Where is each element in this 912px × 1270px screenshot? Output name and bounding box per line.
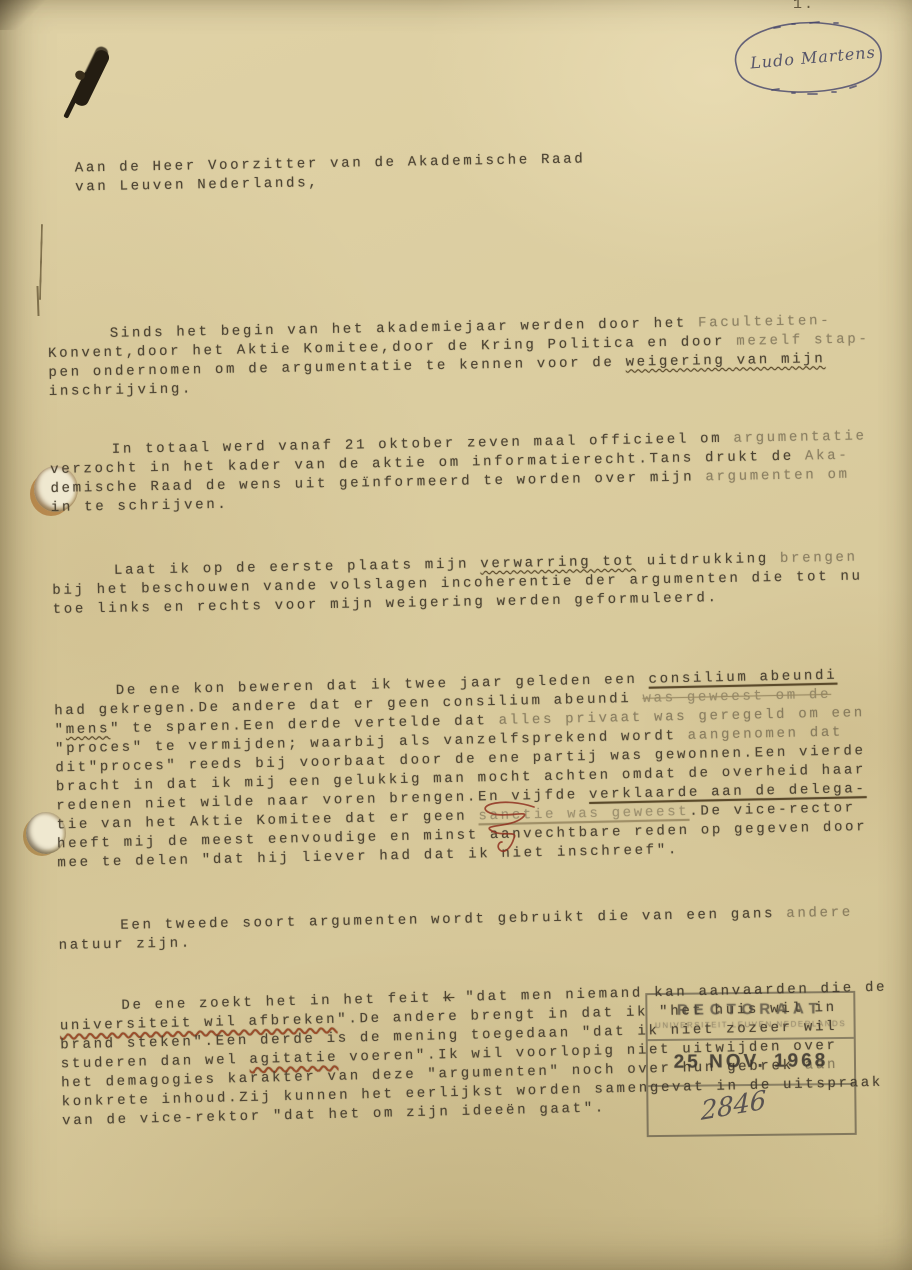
typed-text-segment: studeren dan wel: [61, 1052, 250, 1073]
stamp-handwritten-number: 2846: [701, 1085, 766, 1126]
typed-text-segment: brengen: [780, 550, 858, 567]
typed-text-segment: agitatie: [249, 1050, 338, 1068]
stamp-header: RECTORAAT UNIVERSITEIT LEUVEN NEDERLANDS: [647, 993, 853, 1041]
stamp-number-row: 2846: [648, 1085, 854, 1133]
typed-text-segment: aangenomen dat: [688, 725, 844, 744]
typed-text-segment: inschrijving.: [49, 381, 194, 400]
stamp-date: 25 NOV. 1968: [648, 1039, 854, 1087]
ink-blot-icon: [72, 48, 112, 109]
typed-text-segment: in te schrijven.: [51, 497, 229, 516]
paragraph: Een tweede soort argumenten wordt gebrui…: [58, 903, 891, 956]
typed-text-segment: consilium abeundi: [648, 668, 837, 688]
typed-text-segment: argumentatie: [733, 428, 866, 446]
stamp-subtitle: UNIVERSITEIT LEUVEN NEDERLANDS: [648, 1019, 854, 1030]
paragraph: Sinds het begin van het akademiejaar wer…: [48, 311, 881, 402]
red-squiggle-mark: [468, 798, 552, 860]
typed-text-segment: ": [54, 722, 65, 738]
typed-text-segment: Aka-: [805, 448, 850, 465]
typed-text-segment: k: [443, 990, 454, 1006]
typed-text-segment: verwarring tot: [480, 554, 636, 573]
typed-text-segment: was geweest om de: [642, 687, 831, 707]
typed-text-segment: mezelf stap-: [736, 331, 869, 349]
typed-text-segment: andere: [786, 905, 853, 922]
recipient-block: Aan de Heer Voorzitter van de Akademisch…: [75, 145, 878, 197]
rectoraat-stamp: RECTORAAT UNIVERSITEIT LEUVEN NEDERLANDS…: [645, 991, 856, 1137]
corner-shadow: [0, 0, 46, 30]
typed-text-segment: Faculteiten-: [698, 313, 831, 331]
typed-text-segment: van Leuven Nederlands,: [75, 175, 319, 195]
paragraph: In totaal werd vanaf 21 oktober zeven ma…: [50, 427, 883, 518]
paragraph: Laat ik op de eerste plaats mijn verwarr…: [52, 548, 885, 620]
typed-text-segment: .De vice-rector: [689, 800, 856, 820]
typed-text-segment: uitdrukking: [636, 551, 781, 570]
page-number: 1.: [793, 0, 815, 13]
typed-text-segment: mens: [66, 721, 111, 738]
circled-signature: Ludo Martens: [722, 14, 894, 104]
typed-text-segment: weigering van mijn: [626, 351, 826, 371]
typed-text-segment: natuur zijn.: [59, 935, 192, 953]
stamp-title: RECTORAAT: [647, 1000, 853, 1019]
typed-text-segment: argumenten om: [705, 467, 850, 486]
margin-pen-stroke: [39, 224, 43, 300]
scanned-letter-page: 1. Ludo Martens Aan de Heer Voorzitter v…: [0, 0, 912, 1270]
